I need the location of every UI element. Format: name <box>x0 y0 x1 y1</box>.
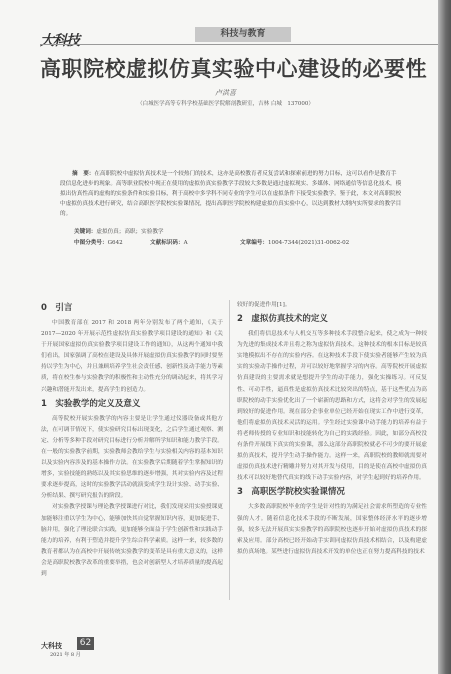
page-binding-edge <box>438 0 451 674</box>
paragraph: 大多数高职院校毕业的学生是针对性的为满足社会需求所塑造的专业性强的人才。随着信息… <box>237 502 427 557</box>
paragraph-continued: 较好的促进作用[1]。 <box>237 300 427 311</box>
column-divider <box>229 300 230 600</box>
keywords: 关键词：虚拟仿真；高职；实验教学 <box>74 227 164 235</box>
paragraph: 我们将信息技术与人机交互等多种技术手段整合起来，使之成为一种较为先进的集成技术并… <box>237 329 427 484</box>
paragraph: 对实验教学授课与理论教学授课进行对比，我们发现采用实验授课更加能够注重以学生为中… <box>41 502 223 580</box>
document-code: 文献标识码：A <box>150 238 188 246</box>
section-heading-intro: 0 引言 <box>41 302 223 315</box>
abstract-label: 摘 要： <box>72 171 94 177</box>
journal-logo: 大科技 <box>40 30 79 50</box>
journal-page: 大科技 科技与教育 高职院校虚拟仿真实验中心建设的必要性 卢洪喜 （白城医学高等… <box>0 0 438 674</box>
paragraph: 高等院校开展实验教学的内容主要是让学生通过仪器设备或其他方法，在可调节情况下，使… <box>41 414 223 503</box>
article-title: 高职院校虚拟仿真实验中心建设的必要性 <box>40 53 440 83</box>
article-number: 文章编号：1004-7344(2021)31-0062-02 <box>240 238 349 246</box>
paragraph: 中国教育部在 2017 和 2018 两年分别发布了两个通知，《关于 2017—… <box>41 318 223 396</box>
section-heading-2: 2 虚拟仿真技术的定义 <box>237 313 427 326</box>
author-affiliation: （白城医学高等专科学校基础医学院解剖教研室，吉林 白城 137000） <box>0 99 451 107</box>
abstract: 摘 要：在高职院校中虚拟仿真技术是一个较热门的技术，这亦是高校教育者反复尝试和探… <box>60 169 402 219</box>
keywords-label: 关键词： <box>74 229 96 235</box>
article-author: 卢洪喜 <box>0 88 451 98</box>
abstract-text: 在高职院校中虚拟仿真技术是一个较热门的技术，这亦是高校教育者反复尝试和探索前进的… <box>60 171 401 217</box>
section-heading-3: 3 高职医学院校实验课情况 <box>237 486 427 499</box>
body-column-right: 较好的促进作用[1]。 2 虚拟仿真技术的定义 我们将信息技术与人机交互等多种技… <box>237 300 427 600</box>
clc-number: 中图分类号：G642 <box>74 238 123 246</box>
section-tab: 科技与教育 <box>195 27 291 42</box>
keywords-text: 虚拟仿真；高职；实验教学 <box>96 229 163 235</box>
section-heading-1: 1 实验教学的定义及意义 <box>41 398 223 411</box>
issue-date: 2021 年 8 月 <box>50 651 81 658</box>
header-divider <box>40 44 438 45</box>
footer-brand: 大科技 <box>41 641 62 651</box>
page-number: 62 <box>77 637 94 650</box>
body-column-left: 0 引言 中国教育部在 2017 和 2018 两年分别发布了两个通知，《关于 … <box>41 300 223 626</box>
